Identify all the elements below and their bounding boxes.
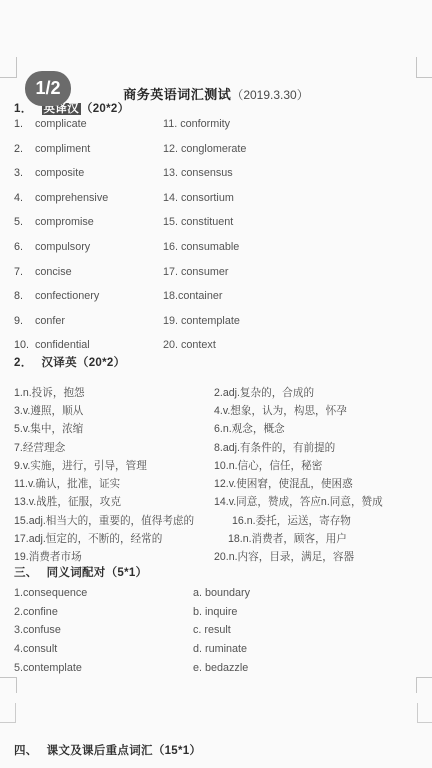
word-text: complicate: [35, 118, 87, 130]
word-row: 4. comprehensive 14. consortium: [14, 186, 422, 211]
word-row: 7. concise 17. consumer: [14, 259, 422, 284]
meaning-row: 15.adj.相当大的，重要的，值得考虑的 16.n.委托，运送，寄存物: [14, 511, 422, 529]
section3-name: 同义词配对: [47, 567, 106, 579]
word-row: 2. compliment 12. conglomerate: [14, 137, 422, 162]
word-cell-right: 19. contemplate: [163, 315, 422, 327]
matching-cell-right: e. bedazzle: [193, 662, 422, 674]
crop-mark-bottom-left: [0, 677, 17, 693]
meaning-row: 17.adj.恒定的，不断的，经常的 18.n.消费者，顾客，用户: [14, 529, 422, 547]
section4-name: 课文及课后重点词汇: [47, 745, 153, 757]
word-number: 4.: [14, 192, 35, 204]
matching-cell-right: d. ruminate: [193, 643, 422, 655]
meaning-cell-left: 13.v.战胜，征服，攻克: [14, 494, 214, 509]
meaning-cell-left: 7.经营理念: [14, 440, 214, 455]
word-cell-right: 18.container: [163, 290, 422, 302]
word-row: 9. confer 19. contemplate: [14, 308, 422, 333]
document-title-text: 商务英语词汇测试: [123, 87, 231, 102]
word-number: 1.: [14, 118, 35, 130]
meaning-cell-left: 11.v.确认，批准，证实: [14, 476, 214, 491]
english-word-list: 1. complicate 11. conformity 2. complime…: [14, 112, 422, 357]
section4-heading: 四、课文及课后重点词汇（15*1）: [14, 742, 201, 758]
meaning-row: 3.v.遵照，顺从 4.v.想象，认为，构思，怀孕: [14, 401, 422, 419]
word-cell-right: 17. consumer: [163, 266, 422, 278]
word-cell-left: 5. compromise: [14, 216, 163, 228]
crop-mark-page2-left: [0, 703, 16, 723]
meaning-cell-left: 1.n.投诉，抱怨: [14, 385, 214, 400]
meaning-cell-right: 10.n.信心，信任，秘密: [214, 458, 422, 473]
word-cell-right: 20. context: [163, 339, 422, 351]
word-row: 5. compromise 15. constituent: [14, 210, 422, 235]
section2-number: 2．: [14, 357, 33, 369]
document-scan-page: 1/2 商务英语词汇测试（2019.3.30） 1．英译汉（20*2） 1. c…: [0, 0, 432, 768]
word-number: 8.: [14, 290, 35, 302]
word-text: concise: [35, 266, 72, 278]
page-badge-label: 1/2: [35, 78, 60, 99]
word-cell-right: 16. consumable: [163, 241, 422, 253]
section2-heading: 2．汉译英（20*2）: [14, 354, 125, 370]
meaning-row: 1.n.投诉，抱怨 2.adj.复杂的，合成的: [14, 383, 422, 401]
meaning-cell-left: 15.adj.相当大的，重要的，值得考虑的: [14, 513, 214, 528]
matching-cell-left: 5.contemplate: [14, 662, 193, 674]
crop-mark-top-left: [0, 57, 17, 78]
section2-score: （20*2）: [77, 357, 125, 369]
meaning-cell-right: 12.v.使困窘，使混乱，使困惑: [214, 476, 422, 491]
matching-cell-right: a. boundary: [193, 587, 422, 599]
word-number: 6.: [14, 241, 35, 253]
meaning-cell-left: 5.v.集中，浓缩: [14, 421, 214, 436]
crop-mark-top-right: [416, 57, 432, 78]
section1-number: 1．: [14, 103, 33, 115]
matching-cell-right: b. inquire: [193, 606, 422, 618]
section3-number: 三、: [14, 567, 38, 579]
crop-mark-page2-right: [417, 703, 432, 723]
word-text: compliment: [35, 143, 90, 155]
word-cell-right: 12. conglomerate: [163, 143, 422, 155]
word-text: confectionery: [35, 290, 99, 302]
word-cell-left: 3. composite: [14, 167, 163, 179]
meaning-cell-left: 17.adj.恒定的，不断的，经常的: [14, 531, 214, 546]
word-row: 8. confectionery 18.container: [14, 284, 422, 309]
meaning-row: 13.v.战胜，征服，攻克 14.v.同意，赞成，答应n.同意，赞成: [14, 493, 422, 511]
matching-row: 4.consult d. ruminate: [14, 640, 422, 659]
section4-score: （15*1）: [153, 745, 201, 757]
meaning-row: 7.经营理念 8.adj.有条件的，有前提的: [14, 438, 422, 456]
word-row: 3. composite 13. consensus: [14, 161, 422, 186]
word-cell-left: 8. confectionery: [14, 290, 163, 302]
word-text: comprehensive: [35, 192, 108, 204]
word-cell-left: 6. compulsory: [14, 241, 163, 253]
meaning-cell-right: 14.v.同意，赞成，答应n.同意，赞成: [214, 494, 422, 509]
document-title-date: （2019.3.30）: [231, 88, 308, 102]
word-number: 10.: [14, 339, 35, 351]
word-text: compromise: [35, 216, 94, 228]
meaning-cell-right: 16.n.委托，运送，寄存物: [214, 513, 422, 528]
word-number: 3.: [14, 167, 35, 179]
word-text: composite: [35, 167, 84, 179]
meaning-row: 11.v.确认，批准，证实 12.v.使困窘，使混乱，使困惑: [14, 474, 422, 492]
word-row: 6. compulsory 16. consumable: [14, 235, 422, 260]
meaning-cell-right: 18.n.消费者，顾客，用户: [214, 531, 422, 546]
meaning-row: 9.v.实施，进行，引导，管理 10.n.信心，信任，秘密: [14, 456, 422, 474]
word-cell-right: 15. constituent: [163, 216, 422, 228]
word-cell-left: 2. compliment: [14, 143, 163, 155]
meaning-cell-right: 2.adj.复杂的，合成的: [214, 385, 422, 400]
word-text: confer: [35, 315, 65, 327]
meaning-cell-right: 6.n.观念，概念: [214, 421, 422, 436]
word-cell-left: 10. confidential: [14, 339, 163, 351]
meaning-cell-right: 20.n.内容，目录，满足，容器: [214, 549, 422, 564]
word-cell-right: 13. consensus: [163, 167, 422, 179]
meaning-row: 5.v.集中，浓缩 6.n.观念，概念: [14, 420, 422, 438]
word-number: 5.: [14, 216, 35, 228]
word-cell-left: 9. confer: [14, 315, 163, 327]
matching-cell-left: 2.confine: [14, 606, 193, 618]
matching-row: 2.confine b. inquire: [14, 603, 422, 622]
crop-mark-bottom-right: [416, 677, 432, 693]
meaning-cell-left: 3.v.遵照，顺从: [14, 403, 214, 418]
section4-number: 四、: [14, 745, 38, 757]
word-number: 9.: [14, 315, 35, 327]
word-cell-right: 14. consortium: [163, 192, 422, 204]
word-cell-left: 1. complicate: [14, 118, 163, 130]
word-cell-right: 11. conformity: [163, 118, 422, 130]
matching-row: 5.contemplate e. bedazzle: [14, 658, 422, 677]
word-text: compulsory: [35, 241, 90, 253]
word-text: confidential: [35, 339, 90, 351]
matching-cell-left: 4.consult: [14, 643, 193, 655]
matching-row: 3.confuse c. result: [14, 621, 422, 640]
word-number: 2.: [14, 143, 35, 155]
matching-cell-right: c. result: [193, 624, 422, 636]
section3-score: （5*1）: [106, 567, 148, 579]
synonym-matching-list: 1.consequence a. boundary 2.confine b. i…: [14, 584, 422, 677]
meaning-cell-left: 19.消费者市场: [14, 549, 214, 564]
matching-cell-left: 1.consequence: [14, 587, 193, 599]
page-badge: 1/2: [25, 71, 71, 106]
word-number: 7.: [14, 266, 35, 278]
section3-heading: 三、同义词配对（5*1）: [14, 564, 147, 580]
section1-score: （20*2）: [81, 103, 129, 115]
meaning-cell-right: 4.v.想象，认为，构思，怀孕: [214, 403, 422, 418]
section2-name: 汉译英: [42, 357, 77, 369]
matching-cell-left: 3.confuse: [14, 624, 193, 636]
meaning-cell-left: 9.v.实施，进行，引导，管理: [14, 458, 214, 473]
matching-row: 1.consequence a. boundary: [14, 584, 422, 603]
meaning-cell-right: 8.adj.有条件的，有前提的: [214, 440, 422, 455]
chinese-meaning-list: 1.n.投诉，抱怨 2.adj.复杂的，合成的 3.v.遵照，顺从 4.v.想象…: [14, 383, 422, 566]
word-cell-left: 7. concise: [14, 266, 163, 278]
word-cell-left: 4. comprehensive: [14, 192, 163, 204]
